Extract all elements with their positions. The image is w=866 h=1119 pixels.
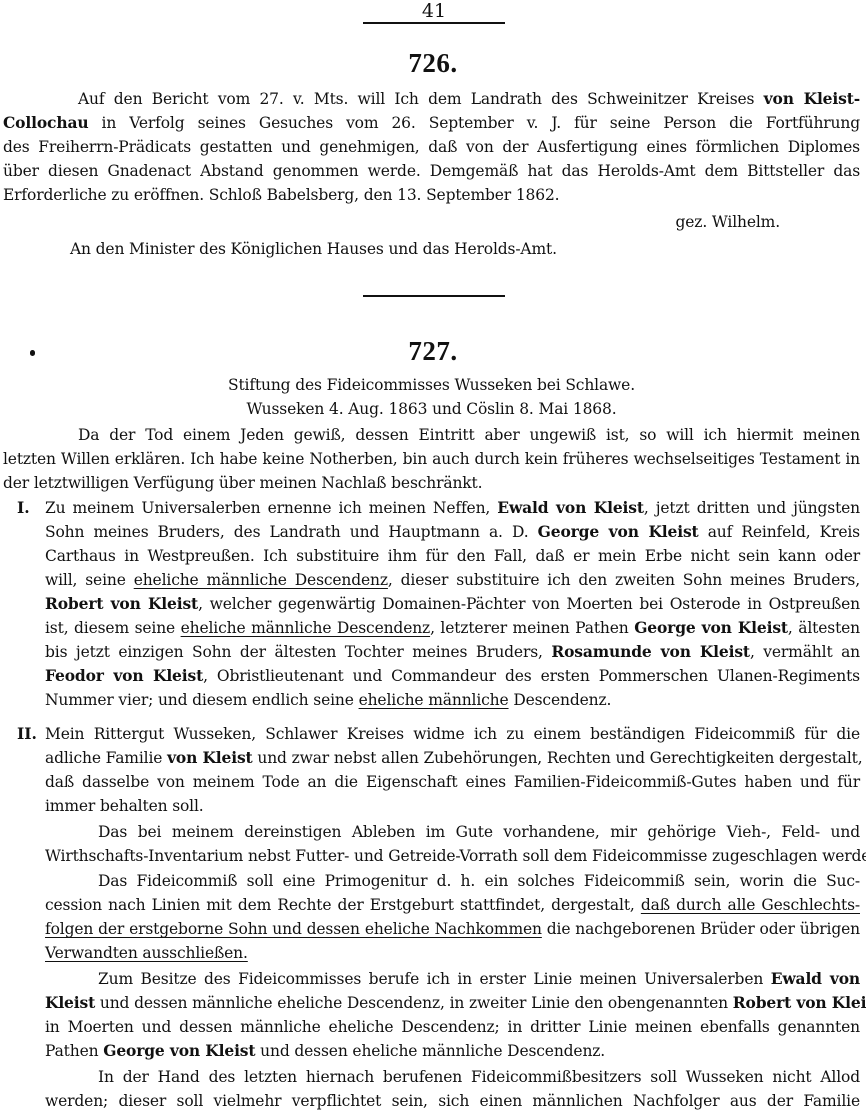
underlined-text: eheliche männliche Descendenz (181, 619, 430, 637)
section-1-line-9: Nummer vier; und diesem endlich seine eh… (45, 688, 860, 712)
section-1-line-2: Sohn meines Bruders, des Landrath und Ha… (45, 520, 860, 544)
section-1-line-5: Robert von Kleist, welcher gegenwärtig D… (45, 592, 860, 616)
section-1-line-6: ist, diesem seine eheliche männliche Des… (45, 616, 860, 640)
underlined-text: daß durch alle Geschlechts- (641, 896, 860, 914)
section-2-para3-line-3: folgen der erstgeborne Sohn und dessen e… (45, 917, 860, 941)
bold-name: Kleist (45, 993, 95, 1012)
section-2-para4-line-3: in Moerten und dessen männliche eheliche… (45, 1015, 860, 1039)
section-2-para4-line-1: Zum Besitze des Fideicommisses berufe ic… (98, 967, 860, 991)
doc-726-line-1: Auf den Bericht vom 27. v. Mts. will Ich… (78, 87, 860, 111)
section-2-para2-line-1: Das bei meinem dereinstigen Ableben im G… (98, 820, 860, 844)
section-1-line-3: Carthaus in Westpreußen. Ich substituire… (45, 544, 860, 568)
bold-name: Collochau (3, 113, 88, 132)
section-2-para4-line-2: Kleist und dessen männliche eheliche Des… (45, 991, 860, 1015)
section-2-para3-line-1: Das Fideicommiß soll eine Primogenitur d… (98, 869, 860, 893)
doc-727-number: 727. (0, 336, 866, 366)
doc-727-subtitle: Wusseken 4. Aug. 1863 und Cöslin 8. Mai … (3, 397, 860, 421)
bold-name: George von Kleist (634, 618, 788, 637)
doc-726-line-3: des Freiherrn-Prädicats gestatten und ge… (3, 135, 860, 159)
underlined-text: eheliche männliche Descendenz (134, 571, 388, 589)
underlined-text: eheliche männliche (359, 691, 509, 709)
doc-727-title: Stiftung des Fideicommisses Wusseken bei… (3, 373, 860, 397)
section-2-marker: II. (17, 722, 43, 746)
preamble-line-3: der letztwilligen Verfügung über meinen … (3, 471, 860, 495)
bold-name: Rosamunde von Kleist (551, 642, 750, 661)
doc-726-signature: gez. Wilhelm. (600, 210, 780, 234)
section-2-para4-line-4: Pathen George von Kleist und dessen ehel… (45, 1039, 860, 1063)
doc-726-line-5: Erforderliche zu eröffnen. Schloß Babels… (3, 183, 860, 207)
section-1-marker: I. (17, 496, 43, 520)
section-2-para5-line-1: In der Hand des letzten hiernach berufen… (98, 1065, 860, 1089)
bold-name: von Kleist (167, 748, 253, 767)
section-1-line-4: will, seine eheliche männliche Descenden… (45, 568, 860, 592)
section-2-para3-line-2: cession nach Linien mit dem Rechte der E… (45, 893, 860, 917)
section-2-line-3: daß dasselbe von meinem Tode an die Eige… (45, 770, 860, 794)
underlined-text: Verwandten ausschließen. (45, 944, 248, 962)
section-2-line-1: Mein Rittergut Wusseken, Schlawer Kreise… (45, 722, 860, 746)
bold-name: Robert von Kleist (733, 993, 866, 1012)
header-rule (363, 22, 505, 24)
bold-name: Robert von Kleist (45, 594, 198, 613)
section-2-para2-line-2: Wirthschafts-Inventarium nebst Futter- u… (45, 844, 860, 868)
doc-726-addressee: An den Minister des Königlichen Hauses u… (70, 237, 860, 261)
doc-726-line-2: Collochau in Verfolg seines Gesuches vom… (3, 111, 860, 135)
section-2-para5-line-2: werden; dieser soll vielmehr verpflichte… (45, 1089, 860, 1113)
document-page: 41 726. Auf den Bericht vom 27. v. Mts. … (0, 0, 866, 1119)
section-1-line-1: Zu meinem Universalerben ernenne ich mei… (45, 496, 860, 520)
section-2-line-4: immer behalten soll. (45, 794, 860, 818)
preamble-line-2: letzten Willen erklären. Ich habe keine … (3, 447, 860, 471)
doc-726-number: 726. (0, 48, 866, 78)
section-1-line-8: Feodor von Kleist, Obristlieutenant und … (45, 664, 860, 688)
underlined-text: folgen der erstgeborne Sohn und dessen e… (45, 920, 542, 938)
section-separator (363, 295, 505, 297)
bold-name: George von Kleist (103, 1041, 255, 1060)
bold-name: Feodor von Kleist (45, 666, 203, 685)
page-number: 41 (363, 0, 505, 22)
section-2-line-2: adliche Familie von Kleist und zwar nebs… (45, 746, 860, 770)
preamble-line-1: Da der Tod einem Jeden gewiß, dessen Ein… (78, 423, 860, 447)
bold-name: George von Kleist (538, 522, 699, 541)
bold-name: Ewald von (771, 969, 860, 988)
section-2-para3-line-4: Verwandten ausschließen. (45, 941, 860, 965)
bold-name: von Kleist- (764, 89, 860, 108)
doc-726-line-4: über diesen Gnadenact Abstand genommen w… (3, 159, 860, 183)
section-1-line-7: bis jetzt einzigen Sohn der ältesten Toc… (45, 640, 860, 664)
bold-name: Ewald von Kleist (497, 498, 644, 517)
